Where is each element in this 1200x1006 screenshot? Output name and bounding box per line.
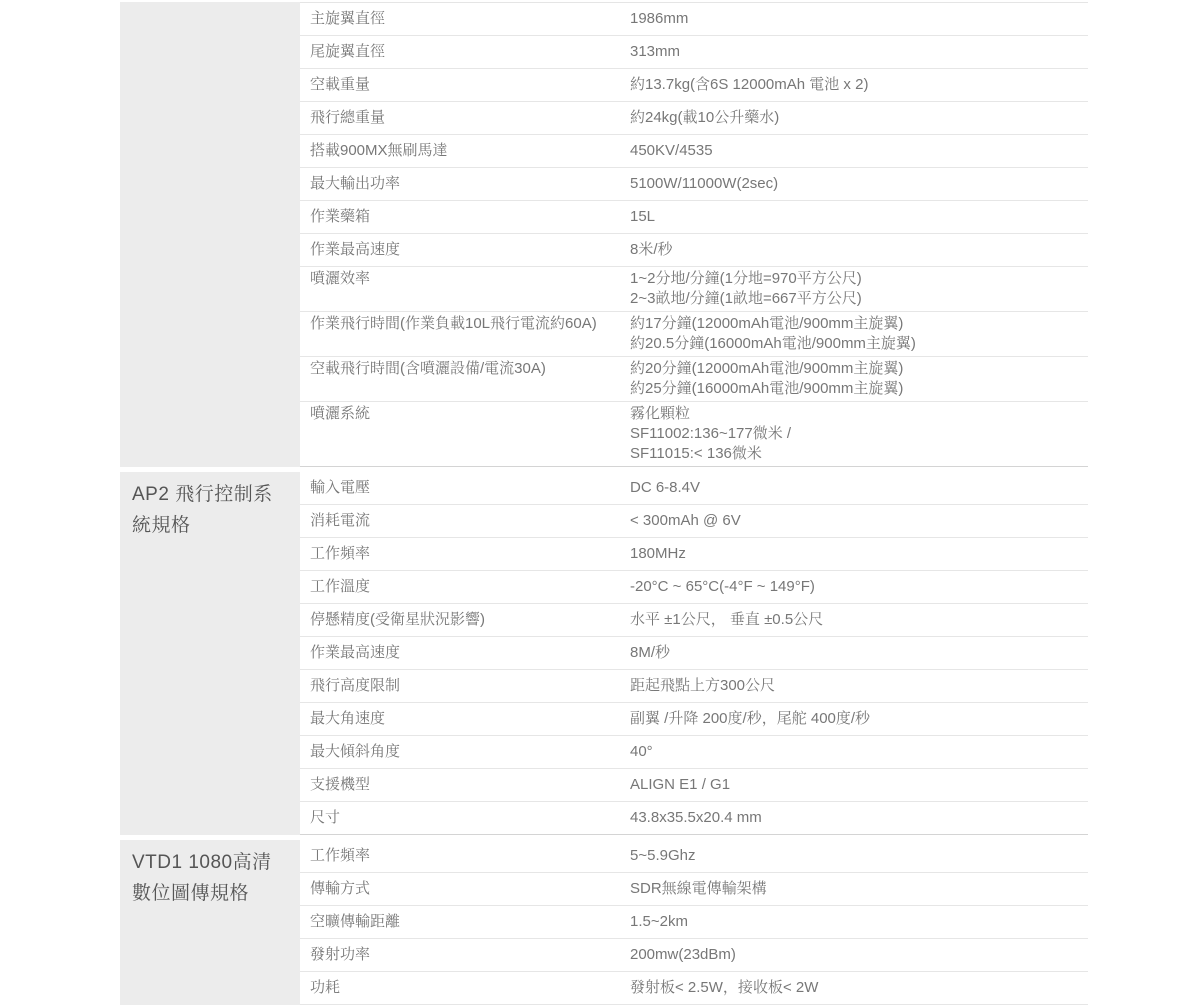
- spec-row-value: -20°C ~ 65°C(-4°F ~ 149°F): [630, 577, 1088, 597]
- spec-value-line: 43.8x35.5x20.4 mm: [630, 808, 1088, 828]
- spec-value-line: 450KV/4535: [630, 141, 1088, 161]
- spec-row-value: ALIGN E1 / G1: [630, 775, 1088, 795]
- spec-row-label: 功耗: [300, 978, 630, 998]
- spec-row: 作業藥箱15L: [300, 201, 1088, 234]
- spec-row-label: 搭載900MX無刷馬達: [300, 141, 630, 161]
- spec-value-line: 約13.7kg(含6S 12000mAh 電池 x 2): [630, 75, 1088, 95]
- spec-row-label: 工作頻率: [300, 846, 630, 866]
- spec-value-line: 40°: [630, 742, 1088, 762]
- spec-row: 發射功率200mw(23dBm): [300, 939, 1088, 972]
- spec-row: 空載飛行時間(含噴灑設備/電流30A)約20分鐘(12000mAh電池/900m…: [300, 357, 1088, 402]
- spec-row-value: 5100W/11000W(2sec): [630, 174, 1088, 194]
- spec-value-line: 1~2分地/分鐘(1分地=970平方公尺): [630, 269, 1088, 289]
- spec-value-line: 15L: [630, 207, 1088, 227]
- section-rows: 主旋翼直徑1986mm尾旋翼直徑313mm空載重量約13.7kg(含6S 120…: [300, 2, 1088, 467]
- spec-row-value: < 300mAh @ 6V: [630, 511, 1088, 531]
- spec-row-value: 1~2分地/分鐘(1分地=970平方公尺)2~3畝地/分鐘(1畝地=667平方公…: [630, 269, 1088, 309]
- spec-row: 作業最高速度8M/秒: [300, 637, 1088, 670]
- spec-row: 噴灑系統霧化顆粒SF11002:136~177微米 /SF11015:< 136…: [300, 402, 1088, 467]
- spec-row: 輸入電壓DC 6-8.4V: [300, 472, 1088, 505]
- spec-row-label: 空載飛行時間(含噴灑設備/電流30A): [300, 359, 630, 379]
- spec-row-label: 作業最高速度: [300, 643, 630, 663]
- spec-row: 尺寸43.8x35.5x20.4 mm: [300, 802, 1088, 835]
- spec-value-line: 距起飛點上方300公尺: [630, 676, 1088, 696]
- spec-value-line: 200mw(23dBm): [630, 945, 1088, 965]
- spec-section: 主旋翼直徑1986mm尾旋翼直徑313mm空載重量約13.7kg(含6S 120…: [120, 2, 1088, 467]
- spec-value-line: ALIGN E1 / G1: [630, 775, 1088, 795]
- spec-value-line: 313mm: [630, 42, 1088, 62]
- spec-row: 飛行總重量約24kg(載10公升藥水): [300, 102, 1088, 135]
- spec-row-value: 約24kg(載10公升藥水): [630, 108, 1088, 128]
- spec-row-value: 發射板< 2.5W，接收板< 2W: [630, 978, 1088, 998]
- spec-row-label: 作業最高速度: [300, 240, 630, 260]
- section-title: VTD1 1080高清數位圖傳規格: [132, 847, 288, 909]
- spec-row: 支援機型ALIGN E1 / G1: [300, 769, 1088, 802]
- spec-row-label: 噴灑效率: [300, 269, 630, 289]
- spec-row: 工作溫度-20°C ~ 65°C(-4°F ~ 149°F): [300, 571, 1088, 604]
- spec-page: 主旋翼直徑1986mm尾旋翼直徑313mm空載重量約13.7kg(含6S 120…: [0, 0, 1200, 1006]
- spec-row-value: 180MHz: [630, 544, 1088, 564]
- spec-value-line: 8M/秒: [630, 643, 1088, 663]
- spec-row-label: 尺寸: [300, 808, 630, 828]
- spec-row: 停懸精度(受衛星狀況影響)水平 ±1公尺， 垂直 ±0.5公尺: [300, 604, 1088, 637]
- spec-value-line: SF11002:136~177微米 /: [630, 424, 1088, 444]
- spec-row-label: 消耗電流: [300, 511, 630, 531]
- spec-row-value: 約17分鐘(12000mAh電池/900mm主旋翼)約20.5分鐘(16000m…: [630, 314, 1088, 354]
- section-title-cell: AP2 飛行控制系統規格: [120, 472, 300, 835]
- spec-value-line: SF11015:< 136微米: [630, 444, 1088, 464]
- spec-row: 主旋翼直徑1986mm: [300, 3, 1088, 36]
- section-rows: 輸入電壓DC 6-8.4V消耗電流< 300mAh @ 6V工作頻率180MHz…: [300, 472, 1088, 835]
- spec-row-label: 工作頻率: [300, 544, 630, 564]
- spec-value-line: 發射板< 2.5W，接收板< 2W: [630, 978, 1088, 998]
- spec-row-label: 最大輸出功率: [300, 174, 630, 194]
- spec-row-label: 飛行總重量: [300, 108, 630, 128]
- spec-section: VTD1 1080高清數位圖傳規格工作頻率5~5.9Ghz傳輸方式SDR無線電傳…: [120, 840, 1088, 1005]
- spec-row: 工作頻率5~5.9Ghz: [300, 840, 1088, 873]
- spec-row: 空載重量約13.7kg(含6S 12000mAh 電池 x 2): [300, 69, 1088, 102]
- spec-value-line: 副翼 /升降 200度/秒，尾舵 400度/秒: [630, 709, 1088, 729]
- spec-row-label: 輸入電壓: [300, 478, 630, 498]
- spec-row-value: 15L: [630, 207, 1088, 227]
- spec-value-line: -20°C ~ 65°C(-4°F ~ 149°F): [630, 577, 1088, 597]
- spec-row-value: SDR無線電傳輸架構: [630, 879, 1088, 899]
- spec-table: 主旋翼直徑1986mm尾旋翼直徑313mm空載重量約13.7kg(含6S 120…: [120, 2, 1088, 1006]
- spec-row-value: 1986mm: [630, 9, 1088, 29]
- spec-row: 工作頻率180MHz: [300, 538, 1088, 571]
- spec-row-label: 停懸精度(受衛星狀況影響): [300, 610, 630, 630]
- spec-row-label: 工作溫度: [300, 577, 630, 597]
- spec-row-label: 最大傾斜角度: [300, 742, 630, 762]
- spec-row-value: 8米/秒: [630, 240, 1088, 260]
- spec-row: 空曠傳輸距離1.5~2km: [300, 906, 1088, 939]
- spec-row-label: 主旋翼直徑: [300, 9, 630, 29]
- spec-row-label: 支援機型: [300, 775, 630, 795]
- spec-row: 飛行高度限制距起飛點上方300公尺: [300, 670, 1088, 703]
- spec-row: 尾旋翼直徑313mm: [300, 36, 1088, 69]
- section-title-cell: VTD1 1080高清數位圖傳規格: [120, 840, 300, 1005]
- spec-row: 最大角速度副翼 /升降 200度/秒，尾舵 400度/秒: [300, 703, 1088, 736]
- spec-row-value: 40°: [630, 742, 1088, 762]
- spec-row-value: 43.8x35.5x20.4 mm: [630, 808, 1088, 828]
- spec-row-value: 水平 ±1公尺， 垂直 ±0.5公尺: [630, 610, 1088, 630]
- spec-row: 消耗電流< 300mAh @ 6V: [300, 505, 1088, 538]
- spec-row-value: 8M/秒: [630, 643, 1088, 663]
- spec-value-line: 約17分鐘(12000mAh電池/900mm主旋翼): [630, 314, 1088, 334]
- spec-row-value: 5~5.9Ghz: [630, 846, 1088, 866]
- spec-value-line: 180MHz: [630, 544, 1088, 564]
- spec-row-label: 發射功率: [300, 945, 630, 965]
- spec-value-line: 約20分鐘(12000mAh電池/900mm主旋翼): [630, 359, 1088, 379]
- spec-row-value: 距起飛點上方300公尺: [630, 676, 1088, 696]
- section-title-cell: [120, 2, 300, 467]
- spec-row-value: 450KV/4535: [630, 141, 1088, 161]
- spec-row-value: 1.5~2km: [630, 912, 1088, 932]
- spec-row-value: 約20分鐘(12000mAh電池/900mm主旋翼)約25分鐘(16000mAh…: [630, 359, 1088, 399]
- spec-row: 最大傾斜角度40°: [300, 736, 1088, 769]
- spec-row-label: 作業飛行時間(作業負載10L飛行電流約60A): [300, 314, 630, 334]
- spec-row-value: DC 6-8.4V: [630, 478, 1088, 498]
- spec-value-line: 霧化顆粒: [630, 404, 1088, 424]
- spec-value-line: DC 6-8.4V: [630, 478, 1088, 498]
- spec-row-label: 傳輸方式: [300, 879, 630, 899]
- spec-row-label: 作業藥箱: [300, 207, 630, 227]
- spec-value-line: SDR無線電傳輸架構: [630, 879, 1088, 899]
- spec-row: 搭載900MX無刷馬達450KV/4535: [300, 135, 1088, 168]
- spec-value-line: 約20.5分鐘(16000mAh電池/900mm主旋翼): [630, 334, 1088, 354]
- spec-row-label: 飛行高度限制: [300, 676, 630, 696]
- spec-value-line: 2~3畝地/分鐘(1畝地=667平方公尺): [630, 289, 1088, 309]
- spec-row-value: 313mm: [630, 42, 1088, 62]
- spec-row: 傳輸方式SDR無線電傳輸架構: [300, 873, 1088, 906]
- spec-row: 最大輸出功率5100W/11000W(2sec): [300, 168, 1088, 201]
- spec-row-label: 最大角速度: [300, 709, 630, 729]
- spec-row-value: 霧化顆粒SF11002:136~177微米 /SF11015:< 136微米: [630, 404, 1088, 464]
- spec-value-line: 約24kg(載10公升藥水): [630, 108, 1088, 128]
- spec-value-line: 約25分鐘(16000mAh電池/900mm主旋翼): [630, 379, 1088, 399]
- section-title: AP2 飛行控制系統規格: [132, 479, 288, 541]
- spec-row-value: 副翼 /升降 200度/秒，尾舵 400度/秒: [630, 709, 1088, 729]
- spec-value-line: 8米/秒: [630, 240, 1088, 260]
- spec-row: 作業最高速度8米/秒: [300, 234, 1088, 267]
- spec-value-line: 5100W/11000W(2sec): [630, 174, 1088, 194]
- spec-section: AP2 飛行控制系統規格輸入電壓DC 6-8.4V消耗電流< 300mAh @ …: [120, 472, 1088, 835]
- spec-row-value: 200mw(23dBm): [630, 945, 1088, 965]
- spec-value-line: 1.5~2km: [630, 912, 1088, 932]
- spec-row-label: 空載重量: [300, 75, 630, 95]
- spec-row-label: 尾旋翼直徑: [300, 42, 630, 62]
- spec-row: 功耗發射板< 2.5W，接收板< 2W: [300, 972, 1088, 1005]
- spec-value-line: 5~5.9Ghz: [630, 846, 1088, 866]
- spec-value-line: < 300mAh @ 6V: [630, 511, 1088, 531]
- section-rows: 工作頻率5~5.9Ghz傳輸方式SDR無線電傳輸架構空曠傳輸距離1.5~2km發…: [300, 840, 1088, 1005]
- spec-row: 噴灑效率1~2分地/分鐘(1分地=970平方公尺)2~3畝地/分鐘(1畝地=66…: [300, 267, 1088, 312]
- spec-value-line: 水平 ±1公尺， 垂直 ±0.5公尺: [630, 610, 1088, 630]
- spec-row: 作業飛行時間(作業負載10L飛行電流約60A)約17分鐘(12000mAh電池/…: [300, 312, 1088, 357]
- spec-row-label: 噴灑系統: [300, 404, 630, 424]
- spec-value-line: 1986mm: [630, 9, 1088, 29]
- spec-row-value: 約13.7kg(含6S 12000mAh 電池 x 2): [630, 75, 1088, 95]
- spec-row-label: 空曠傳輸距離: [300, 912, 630, 932]
